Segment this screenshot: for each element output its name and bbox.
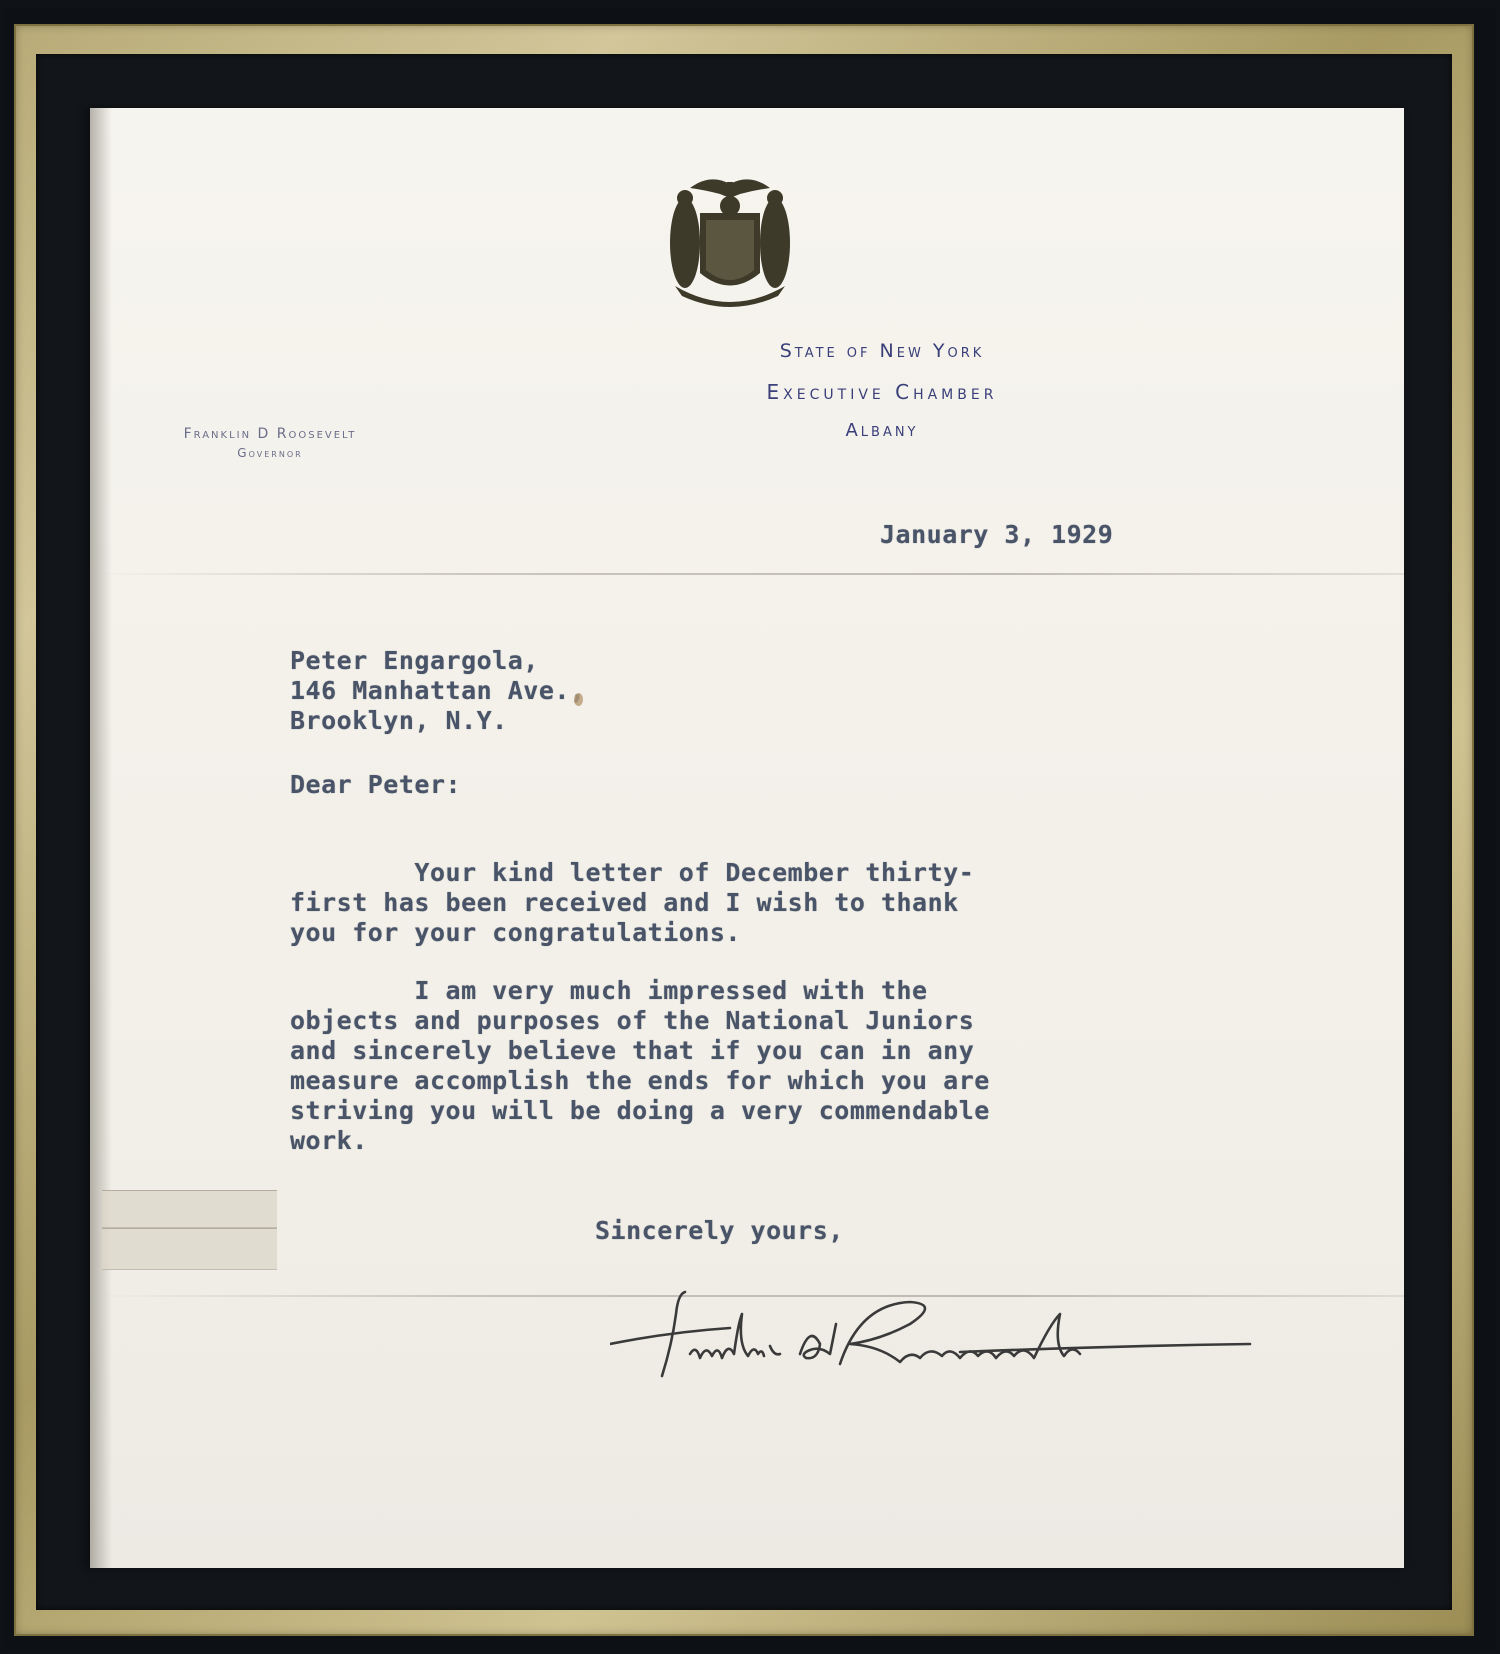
mounting-tape — [102, 1228, 277, 1270]
letter-date: January 3, 1929 — [880, 520, 1113, 550]
fold-crease — [90, 573, 1404, 575]
letterhead-office: Executive Chamber — [225, 380, 1500, 404]
governor-block: Franklin D Roosevelt Governor — [130, 426, 410, 460]
recipient-address: Peter Engargola,146 Manhattan Ave.,Brook… — [290, 646, 585, 736]
state-seal-icon — [660, 168, 800, 318]
body-paragraph-1: Your kind letter of December thirty- fir… — [290, 858, 974, 948]
letterhead-state: State of New York — [225, 340, 1500, 362]
recipient-city: Brooklyn, N.Y. — [290, 706, 585, 736]
signature-icon: Franklin D Roosevelt — [610, 1284, 1270, 1394]
governor-name: Franklin D Roosevelt — [130, 426, 410, 442]
closing: Sincerely yours, — [595, 1216, 844, 1246]
salutation: Dear Peter: — [290, 770, 461, 800]
recipient-name: Peter Engargola, — [290, 646, 585, 676]
body-paragraph-2: I am very much impressed with the object… — [290, 976, 990, 1156]
ink-stain — [574, 693, 583, 706]
letter-sheet: State of New York Executive Chamber Alba… — [90, 108, 1404, 1568]
letterhead-city: Albany — [225, 420, 1500, 441]
governor-title: Governor — [130, 446, 410, 460]
mounting-tape — [102, 1190, 277, 1228]
recipient-street: 146 Manhattan Ave., — [290, 676, 585, 706]
